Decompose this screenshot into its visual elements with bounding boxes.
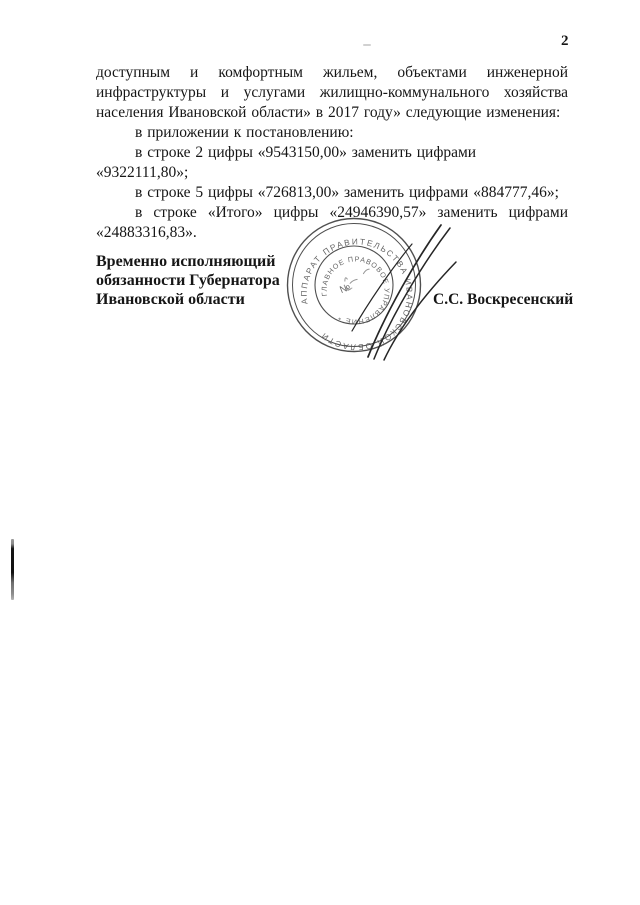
body-line: в строке 2 цифры «9543150,00» заменить ц… — [96, 143, 568, 183]
scan-artifact-line — [11, 539, 14, 600]
page-number: 2 — [561, 33, 569, 50]
body-line: населения Ивановской области» в 2017 год… — [96, 103, 568, 123]
body-line: в строке 5 цифры «726813,00» заменить ци… — [96, 183, 568, 203]
signer-name: С.С. Воскресенский — [433, 291, 573, 309]
signature — [338, 195, 470, 370]
body-line: в приложении к постановлению: — [96, 123, 568, 143]
signature-stroke — [352, 244, 412, 331]
signature-stroke — [384, 262, 456, 360]
scan-speck — [363, 44, 371, 46]
scanned-document-page: { "page": { "number": "2", "background_c… — [0, 0, 640, 905]
body-line: доступным и комфортным жильем, объектами… — [96, 63, 568, 83]
body-line: инфраструктуры и услугами жилищно-коммун… — [96, 83, 568, 103]
